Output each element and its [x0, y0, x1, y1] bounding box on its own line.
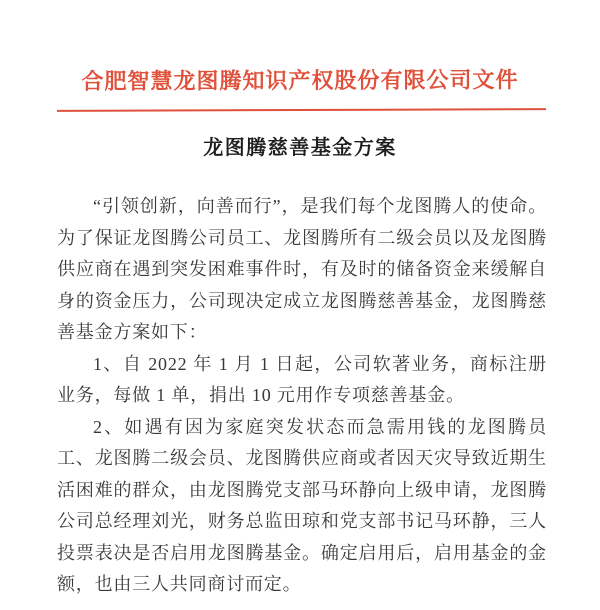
paragraph-intro: “引领创新，向善而行”，是我们每个龙图腾人的使命。为了保证龙图腾公司员工、龙图腾…	[57, 191, 547, 349]
document-body: “引领创新，向善而行”，是我们每个龙图腾人的使命。为了保证龙图腾公司员工、龙图腾…	[57, 191, 547, 601]
document-page: 合肥智慧龙图腾知识产权股份有限公司文件 龙图腾慈善基金方案 “引领创新，向善而行…	[0, 0, 600, 610]
company-header-title: 合肥智慧龙图腾知识产权股份有限公司文件	[0, 63, 600, 96]
paragraph-item-2: 2、如遇有因为家庭突发状态而急需用钱的龙图腾员工、龙图腾二级会员、龙图腾供应商或…	[57, 412, 547, 601]
paragraph-item-1: 1、自 2022 年 1 月 1 日起，公司软著业务，商标注册业务，每做 1 单…	[57, 349, 547, 412]
document-title: 龙图腾慈善基金方案	[0, 131, 600, 160]
header-divider-line	[57, 108, 546, 112]
